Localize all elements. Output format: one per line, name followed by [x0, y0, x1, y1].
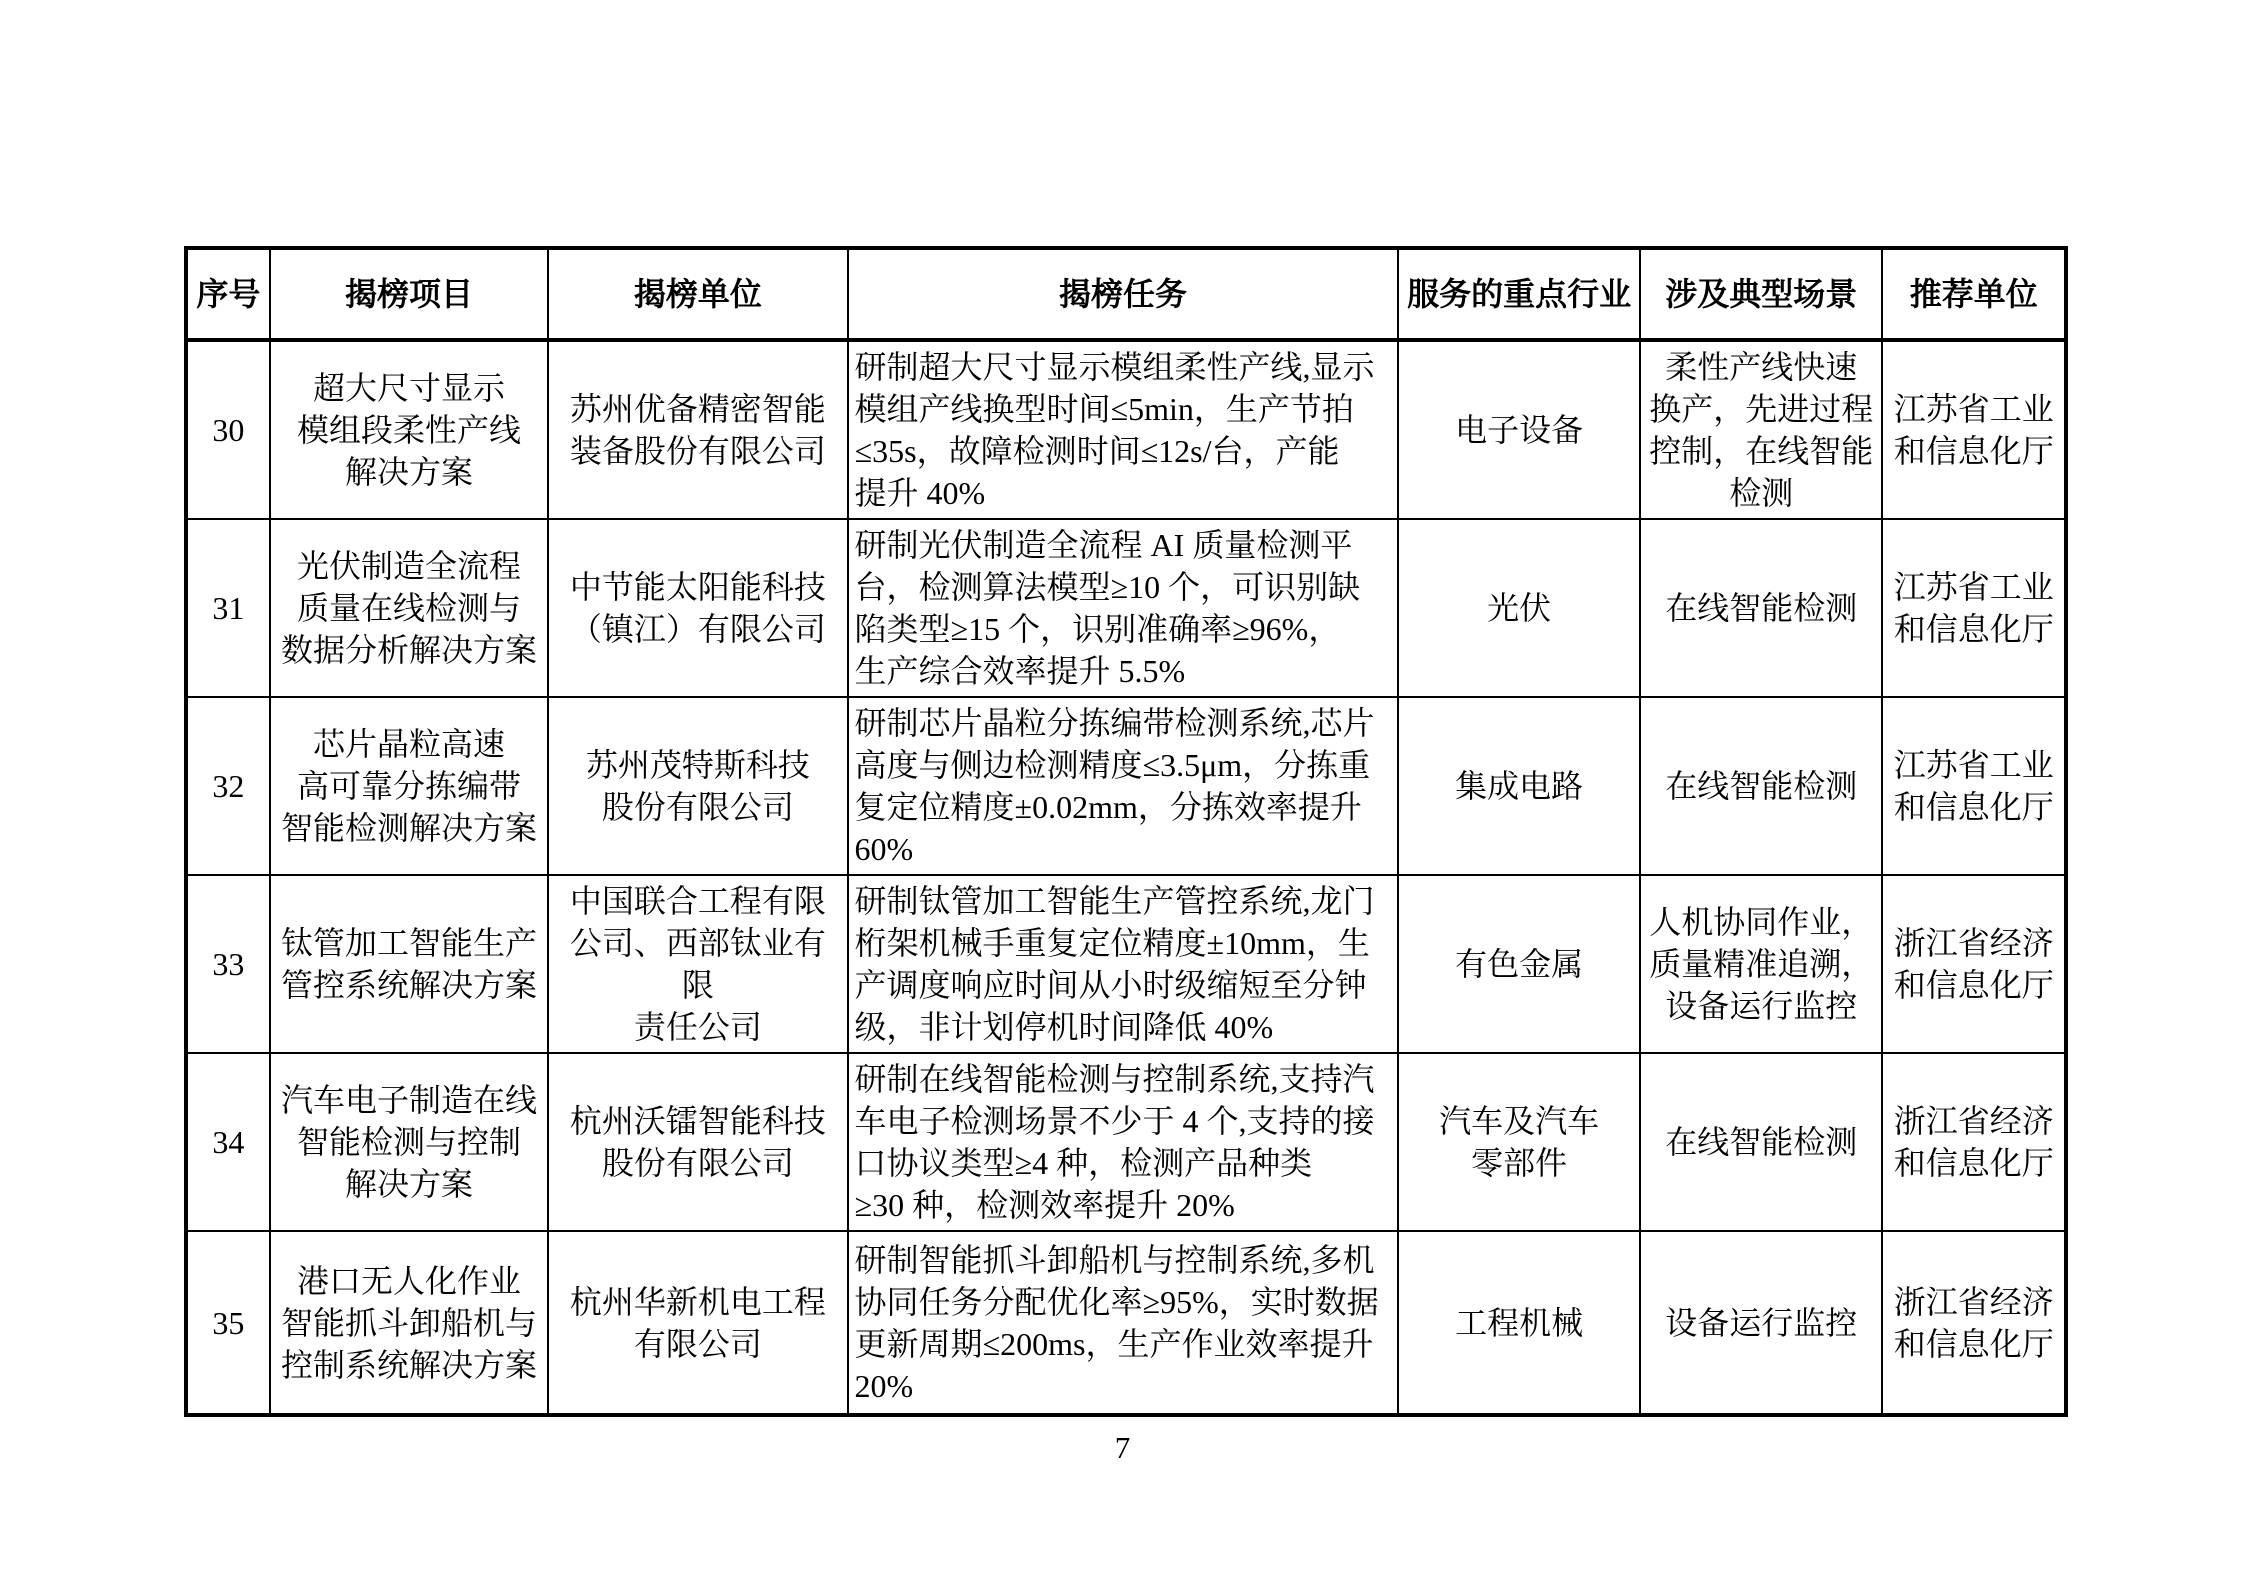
- cell-recommender: 浙江省经济 和信息化厅: [1882, 875, 2066, 1053]
- cell-recommender: 浙江省经济 和信息化厅: [1882, 1231, 2066, 1415]
- table-row: 31 光伏制造全流程 质量在线检测与 数据分析解决方案 中节能太阳能科技 （镇江…: [186, 519, 2066, 697]
- cell-recommender: 江苏省工业 和信息化厅: [1882, 519, 2066, 697]
- table-row: 34 汽车电子制造在线 智能检测与控制 解决方案 杭州沃镭智能科技 股份有限公司…: [186, 1053, 2066, 1231]
- cell-scenario: 在线智能检测: [1640, 519, 1883, 697]
- header-seq-no: 序号: [186, 248, 270, 340]
- cell-project: 芯片晶粒高速 高可靠分拣编带 智能检测解决方案: [270, 697, 548, 875]
- cell-industry: 汽车及汽车 零部件: [1398, 1053, 1640, 1231]
- header-task: 揭榜任务: [848, 248, 1399, 340]
- cell-industry: 工程机械: [1398, 1231, 1640, 1415]
- header-unit: 揭榜单位: [548, 248, 847, 340]
- cell-seq-no: 33: [186, 875, 270, 1053]
- cell-task: 研制钛管加工智能生产管控系统,龙门 桁架机械手重复定位精度±10mm，生 产调度…: [848, 875, 1399, 1053]
- cell-seq-no: 34: [186, 1053, 270, 1231]
- table-row: 30 超大尺寸显示 模组段柔性产线 解决方案 苏州优备精密智能 装备股份有限公司…: [186, 340, 2066, 519]
- cell-industry: 光伏: [1398, 519, 1640, 697]
- cell-task: 研制超大尺寸显示模组柔性产线,显示 模组产线换型时间≤5min，生产节拍 ≤35…: [848, 340, 1399, 519]
- table-row: 33 钛管加工智能生产 管控系统解决方案 中国联合工程有限 公司、西部钛业有限 …: [186, 875, 2066, 1053]
- cell-seq-no: 32: [186, 697, 270, 875]
- cell-industry: 有色金属: [1398, 875, 1640, 1053]
- cell-scenario: 柔性产线快速 换产，先进过程 控制，在线智能 检测: [1640, 340, 1883, 519]
- cell-seq-no: 31: [186, 519, 270, 697]
- cell-task: 研制在线智能检测与控制系统,支持汽 车电子检测场景不少于 4 个,支持的接 口协…: [848, 1053, 1399, 1231]
- cell-project: 港口无人化作业 智能抓斗卸船机与 控制系统解决方案: [270, 1231, 548, 1415]
- cell-unit: 中国联合工程有限 公司、西部钛业有限 责任公司: [548, 875, 847, 1053]
- cell-unit: 中节能太阳能科技 （镇江）有限公司: [548, 519, 847, 697]
- table-row: 32 芯片晶粒高速 高可靠分拣编带 智能检测解决方案 苏州茂特斯科技 股份有限公…: [186, 697, 2066, 875]
- cell-recommender: 江苏省工业 和信息化厅: [1882, 340, 2066, 519]
- cell-unit: 苏州茂特斯科技 股份有限公司: [548, 697, 847, 875]
- cell-scenario: 在线智能检测: [1640, 697, 1883, 875]
- cell-unit: 杭州华新机电工程 有限公司: [548, 1231, 847, 1415]
- cell-recommender: 江苏省工业 和信息化厅: [1882, 697, 2066, 875]
- cell-project: 光伏制造全流程 质量在线检测与 数据分析解决方案: [270, 519, 548, 697]
- header-scenario: 涉及典型场景: [1640, 248, 1883, 340]
- cell-scenario: 在线智能检测: [1640, 1053, 1883, 1231]
- cell-unit: 杭州沃镭智能科技 股份有限公司: [548, 1053, 847, 1231]
- cell-seq-no: 35: [186, 1231, 270, 1415]
- table-row: 35 港口无人化作业 智能抓斗卸船机与 控制系统解决方案 杭州华新机电工程 有限…: [186, 1231, 2066, 1415]
- cell-task: 研制光伏制造全流程 AI 质量检测平 台，检测算法模型≥10 个，可识别缺 陷类…: [848, 519, 1399, 697]
- header-project: 揭榜项目: [270, 248, 548, 340]
- cell-task: 研制智能抓斗卸船机与控制系统,多机 协同任务分配优化率≥95%，实时数据 更新周…: [848, 1231, 1399, 1415]
- cell-project: 钛管加工智能生产 管控系统解决方案: [270, 875, 548, 1053]
- cell-industry: 电子设备: [1398, 340, 1640, 519]
- cell-task: 研制芯片晶粒分拣编带检测系统,芯片 高度与侧边检测精度≤3.5μm，分拣重 复定…: [848, 697, 1399, 875]
- cell-recommender: 浙江省经济 和信息化厅: [1882, 1053, 2066, 1231]
- projects-table: 序号 揭榜项目 揭榜单位 揭榜任务 服务的重点行业 涉及典型场景 推荐单位 30…: [184, 246, 2068, 1417]
- table-header-row: 序号 揭榜项目 揭榜单位 揭榜任务 服务的重点行业 涉及典型场景 推荐单位: [186, 248, 2066, 340]
- cell-project: 汽车电子制造在线 智能检测与控制 解决方案: [270, 1053, 548, 1231]
- cell-project: 超大尺寸显示 模组段柔性产线 解决方案: [270, 340, 548, 519]
- cell-scenario: 人机协同作业， 质量精准追溯， 设备运行监控: [1640, 875, 1883, 1053]
- cell-industry: 集成电路: [1398, 697, 1640, 875]
- header-recommender: 推荐单位: [1882, 248, 2066, 340]
- page-number: 7: [0, 1428, 2245, 1468]
- header-industry: 服务的重点行业: [1398, 248, 1640, 340]
- cell-seq-no: 30: [186, 340, 270, 519]
- cell-unit: 苏州优备精密智能 装备股份有限公司: [548, 340, 847, 519]
- document-page: { "document": { "page_number": "7", "tab…: [0, 0, 2245, 1587]
- cell-scenario: 设备运行监控: [1640, 1231, 1883, 1415]
